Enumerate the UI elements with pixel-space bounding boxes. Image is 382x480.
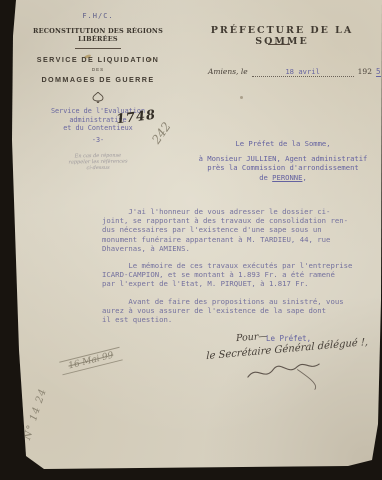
paper-sheet: F.H/C. RECONSTITUTION DES RÉGIONS LIBÉRÉ… [0,0,382,480]
organization-title: RECONSTITUTION DES RÉGIONS LIBÉRÉES [18,27,178,43]
typed-date: 18 avril [252,67,354,77]
letterhead: F.H/C. RECONSTITUTION DES RÉGIONS LIBÉRÉ… [18,12,178,171]
sender-line: Le Préfet de la Somme, [190,139,376,149]
dateline: Amiens, le 18 avril 192 5 [208,67,381,77]
service-des: DES [18,67,178,72]
service-line-2: DOMMAGES DE GUERRE [18,75,178,84]
year-printed: 192 [358,67,372,76]
margin-filing-note: N° 14 24 [22,387,49,441]
scanned-letter: F.H/C. RECONSTITUTION DES RÉGIONS LIBÉRÉ… [0,0,382,480]
reply-reference-stamp: En cas de réponse rappeler les référence… [18,151,178,172]
ink-stain [240,96,243,99]
recipient-line: à Monsieur JULLIEN, Agent administratif [190,154,376,164]
prefecture-divider: .. [268,40,290,45]
letter-body: J'ai l'honneur de vous adresser le dossi… [102,207,374,332]
paragraph: J'ai l'honneur de vous adresser le dossi… [102,207,374,253]
place-label: Amiens, le [208,67,248,76]
typed-year-digit: 5 [376,67,381,77]
recipient-city: PERONNE [272,173,302,182]
divider-bar [268,44,290,45]
fleuron-ornament-icon [91,88,105,99]
crossed-out-date-note: 16 Mai 99 [59,347,123,376]
handwritten-pour: Pour— [236,331,269,344]
paragraph: Le mémoire de ces travaux exécutés par l… [102,261,374,289]
reference-code: F.H/C. [18,12,178,20]
paragraph: Avant de faire des propositions au sinis… [102,297,374,325]
recipient-city-prefix: de [259,173,272,182]
recipient-city-suffix: , [302,173,306,182]
signature [243,355,341,400]
recipient-line: de PERONNE, [190,173,376,183]
letterhead-divider [75,48,121,49]
recipient-block: Le Préfet de la Somme, à Monsieur JULLIE… [190,139,376,182]
divider-dots: .. [268,40,290,43]
recipient-line: près la Commission d'arrondissement [190,163,376,173]
service-line-1: SERVICE DE LIQUIDATION [18,55,178,64]
